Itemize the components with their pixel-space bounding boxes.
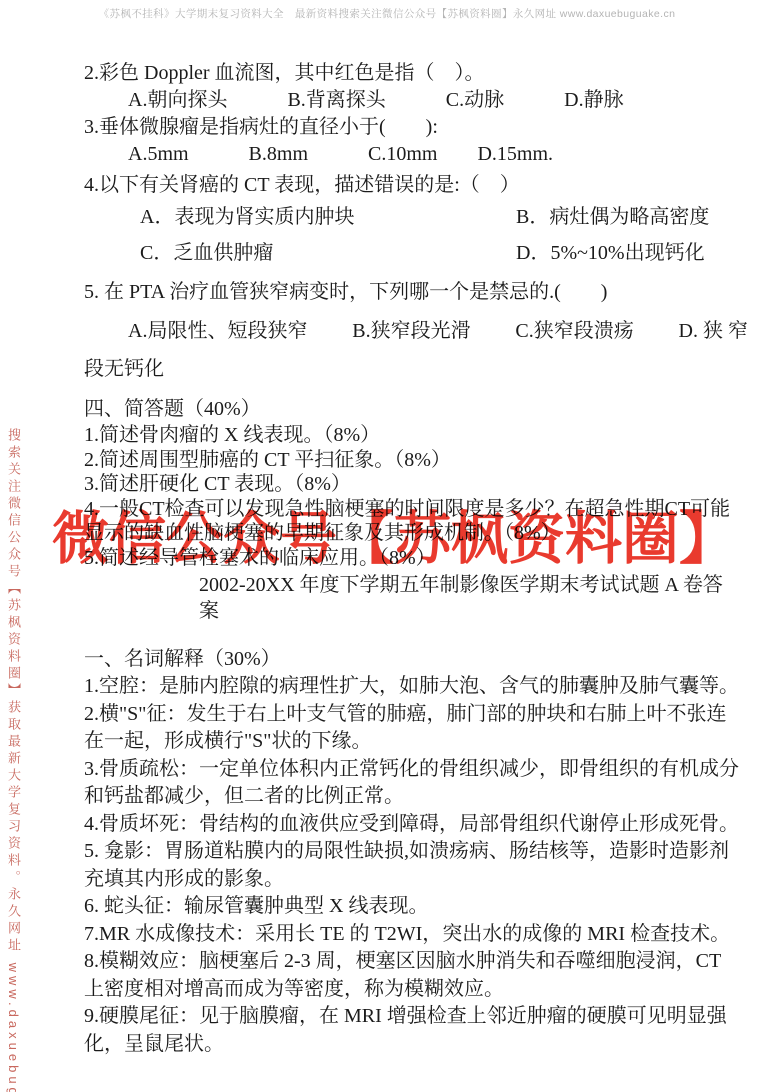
definition-item-9: 9.硬膜尾征：见于脑膜瘤，在 MRI 增强检查上邻近肿瘤的硬膜可见明显强化，呈鼠… [84,1003,742,1058]
definition-item-3: 3.骨质疏松：一定单位体积内正常钙化的骨组织减少，即骨组织的有机成分和钙盐都减少… [84,756,742,811]
question-2-options: A.朝向探头 B.背离探头 C.动脉 D.静脉 [84,87,742,114]
question-5: 5. 在 PTA 治疗血管狭窄病变时，下列哪一个是禁忌的.( ) [84,279,742,306]
question-5-option-c: C.狭窄段溃疡 [515,318,633,345]
short-answer-item-1: 1.简述骨肉瘤的 X 线表现。（8%） [84,423,742,448]
section-definitions-heading: 一、名词解释（30%） [84,646,742,673]
question-5-option-d: D. 狭 窄 [679,318,748,345]
answer-sheet-title: 2002-20XX 年度下学期五年制影像医学期末考试试题 A 卷答案 [84,572,742,624]
short-answer-item-2: 2.简述周围型肺癌的 CT 平扫征象。（8%） [84,448,742,473]
question-3: 3.垂体微腺瘤是指病灶的直径小于( ): [84,114,742,141]
question-2: 2.彩色 Doppler 血流图，其中红色是指（ ）。 [84,60,742,87]
question-4: 4.以下有关肾癌的 CT 表现，描述错误的是:（ ） [84,172,742,199]
question-3-options: A.5mm B.8mm C.10mm D.15mm. [84,141,742,168]
definition-item-2: 2.横"S"征：发生于右上叶支气管的肺癌，肺门部的肿块和右肺上叶不张连在一起，形… [84,701,742,756]
left-vertical-watermark: 搜索关注微信公众号【苏枫资料圈】获取最新大学复习资料。永久网址 www.daxu… [4,428,23,898]
definition-item-1: 1.空腔：是肺内腔隙的病理性扩大，如肺大泡、含气的肺囊肿及肺气囊等。 [84,673,742,701]
section-definitions-list: 1.空腔：是肺内腔隙的病理性扩大，如肺大泡、含气的肺囊肿及肺气囊等。 2.横"S… [84,673,742,1058]
short-answer-item-3: 3.简述肝硬化 CT 表现。（8%） [84,472,742,497]
question-4-options: A．表现为肾实质内肿块 B．病灶偶为略高密度 C．乏血供肿瘤 D．5%~10%出… [84,204,742,267]
question-5-option-b: B.狭窄段光滑 [352,318,470,345]
question-5-options: A.局限性、短段狭窄 B.狭窄段光滑 C.狭窄段溃疡 D. 狭 窄 [84,318,748,345]
short-answer-item-4: 4.一般CT检查可以发现急性脑梗塞的时间限度是多少？在超急性期CT可能显示的缺血… [84,497,742,546]
question-4-option-c: C．乏血供肿瘤 [140,240,516,267]
question-5-option-d-continued: 段无钙化 [84,356,742,383]
definition-item-4: 4.骨质坏死：骨结构的血液供应受到障碍，局部骨组织代谢停止形成死骨。 [84,811,742,839]
question-4-option-d: D．5%~10%出现钙化 [516,240,742,267]
definition-item-5: 5. 龛影：胃肠道粘膜内的局限性缺损,如溃疡病、肠结核等，造影时造影剂充填其内形… [84,838,742,893]
question-4-option-a: A．表现为肾实质内肿块 [140,204,516,231]
question-5-option-a: A.局限性、短段狭窄 [128,318,307,345]
section-short-answer-heading: 四、简答题（40%） [84,396,742,423]
short-answer-item-5: 5.简述经导管栓塞术的临床应用。（8%） [84,546,742,571]
question-4-option-b: B．病灶偶为略高密度 [516,204,742,231]
definition-item-6: 6. 蛇头征：输尿管囊肿典型 X 线表现。 [84,893,742,921]
exam-document-page: 《苏枫不挂科》大学期末复习资料大全 最新资料搜索关注微信公众号【苏枫资料圈】永久… [0,0,774,1092]
definition-item-7: 7.MR 水成像技术：采用长 TE 的 T2WI，突出水的成像的 MRI 检查技… [84,921,742,949]
document-body: 2.彩色 Doppler 血流图，其中红色是指（ ）。 A.朝向探头 B.背离探… [84,60,742,1058]
definition-item-8: 8.模糊效应：脑梗塞后 2-3 周，梗塞区因脑水肿消失和吞噬细胞浸润，CT 上密… [84,948,742,1003]
section-short-answer-list: 1.简述骨肉瘤的 X 线表现。（8%） 2.简述周围型肺癌的 CT 平扫征象。（… [84,423,742,570]
page-header-watermark: 《苏枫不挂科》大学期末复习资料大全 最新资料搜索关注微信公众号【苏枫资料圈】永久… [0,6,774,21]
